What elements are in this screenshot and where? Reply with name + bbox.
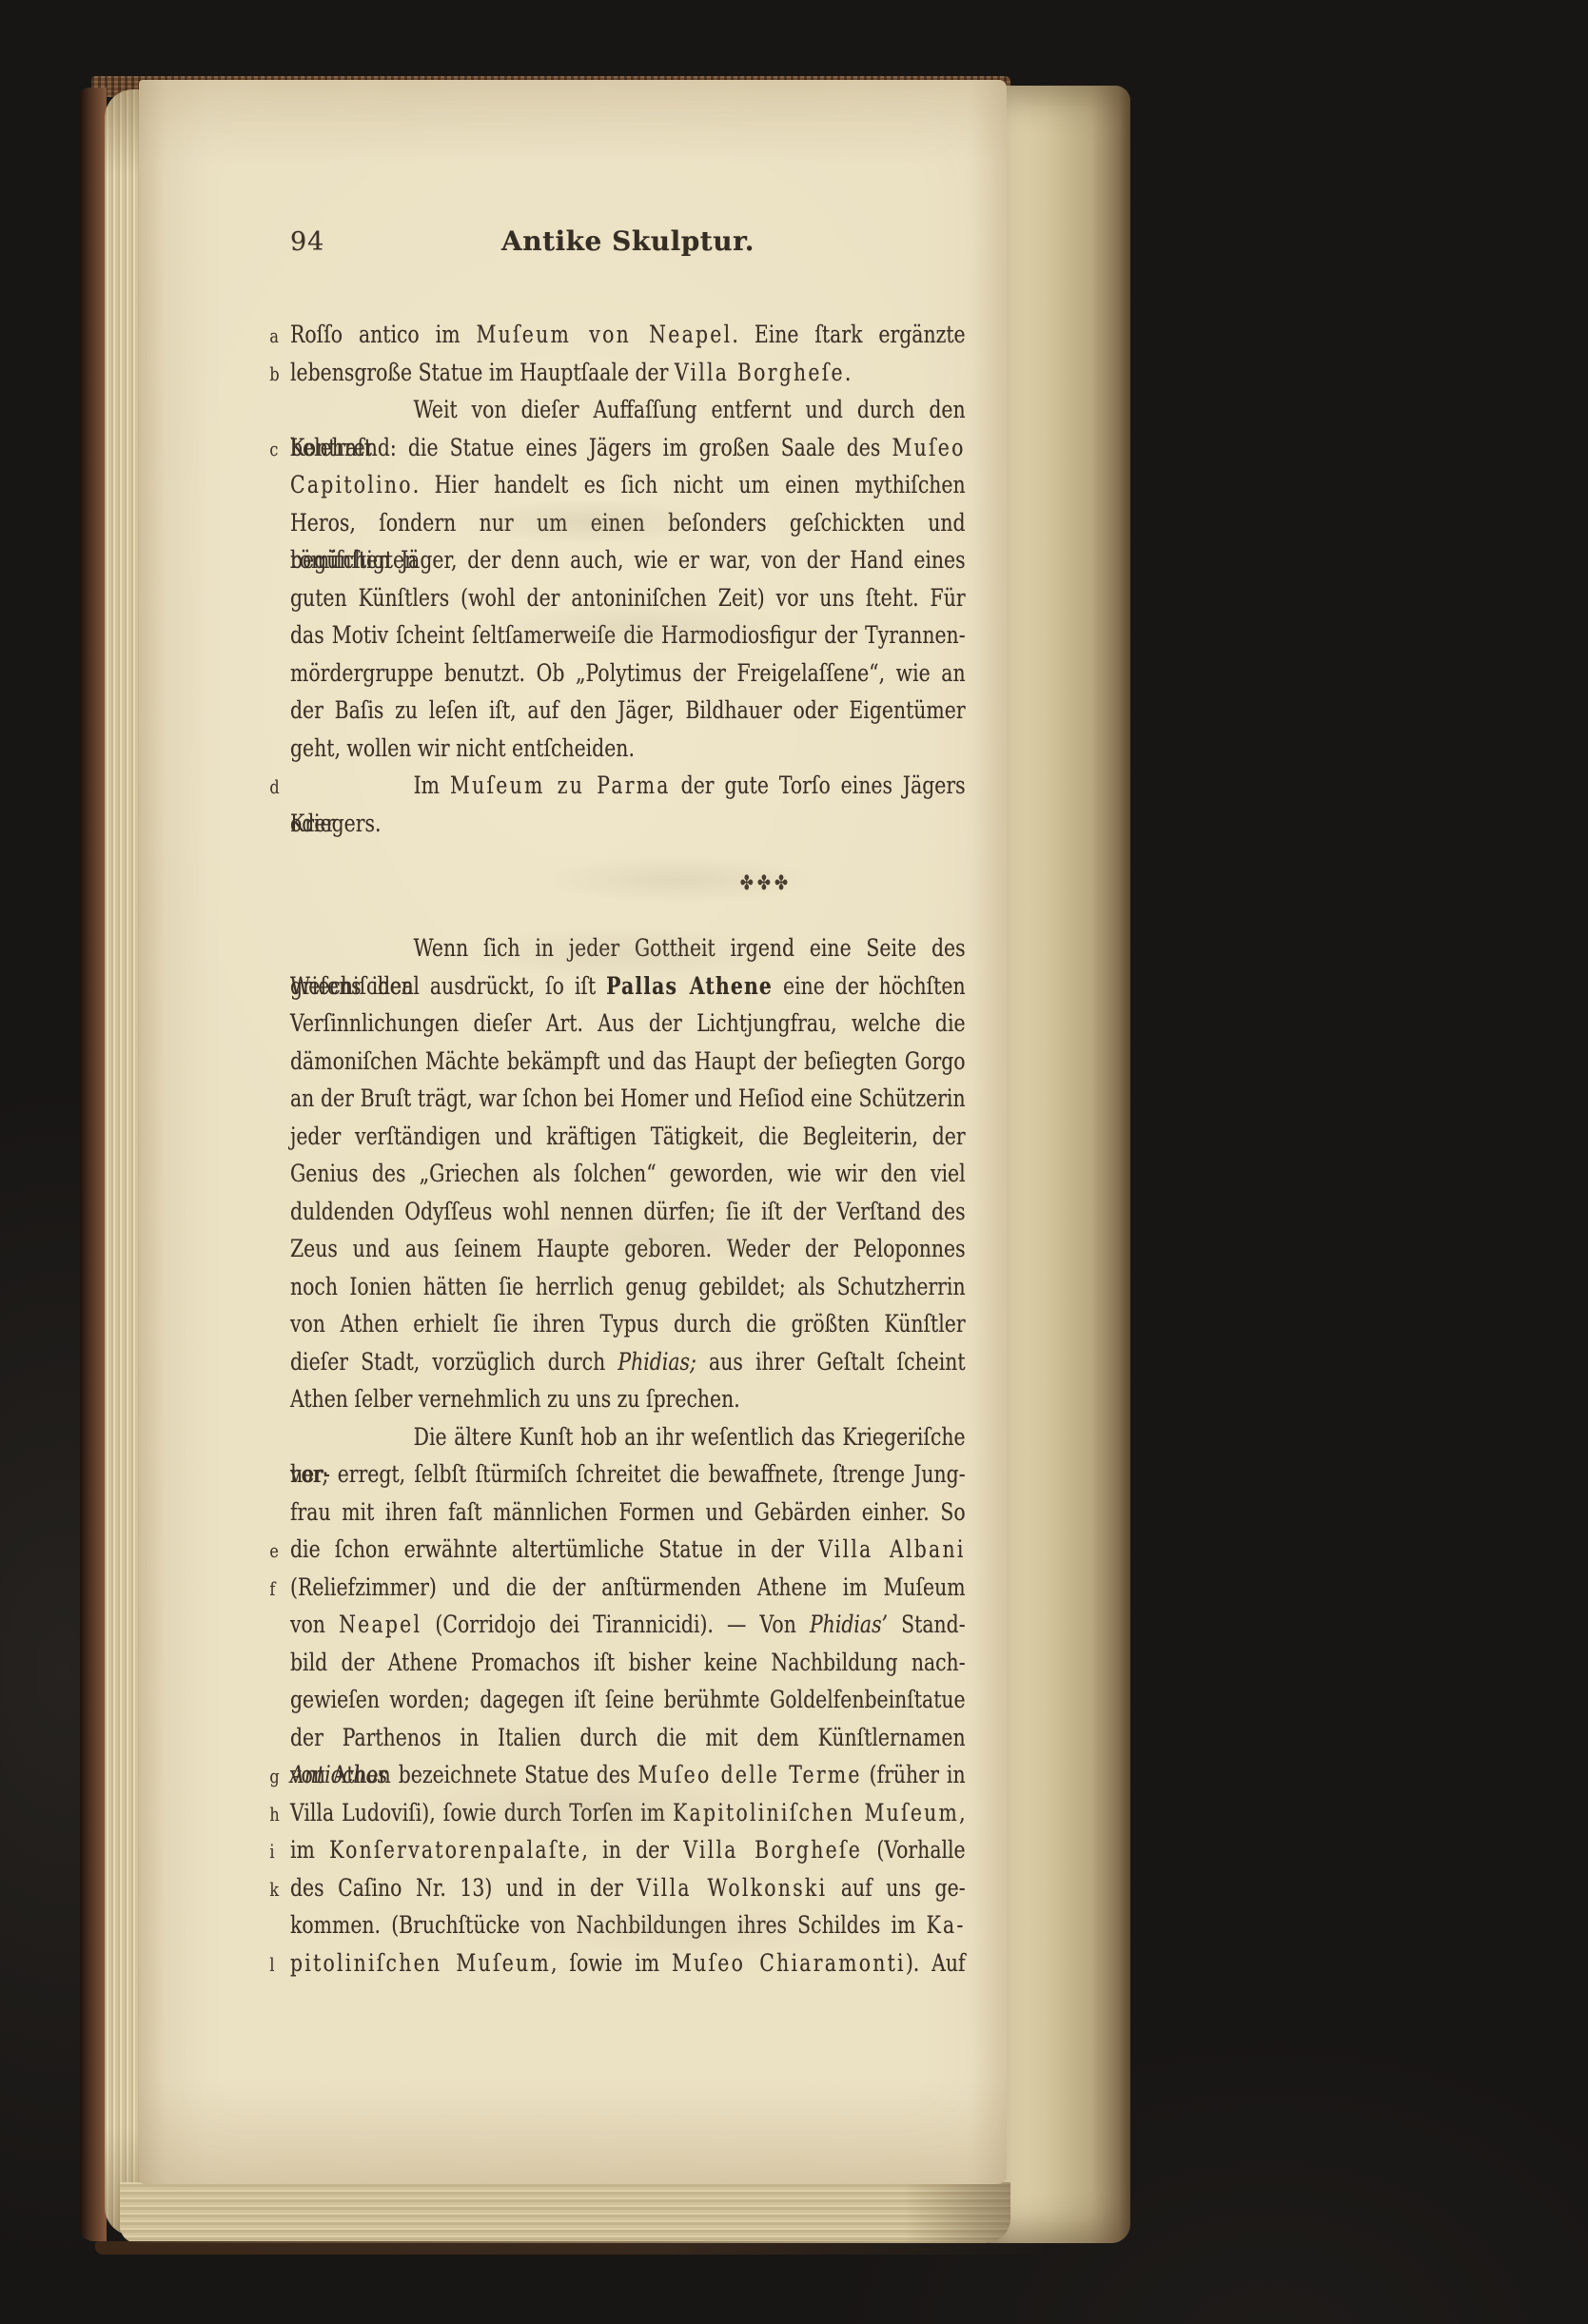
- text-segment: Neapel: [339, 1611, 422, 1639]
- text-line: Wenn ſich in jeder Gottheit irgend eine …: [290, 930, 966, 968]
- text-line: römiſchen Jäger, der denn auch, wie er w…: [290, 542, 966, 580]
- text-line: geht, wollen wir nicht entſcheiden.: [290, 731, 966, 769]
- text-segment: Ka-: [927, 1911, 966, 1940]
- text-line: dieſer Stadt, vorzüglich durch Phidias; …: [290, 1344, 966, 1382]
- adjacent-page-edge: [990, 86, 1130, 2243]
- text-line: Genius des „Griechen als ſolchen“ geword…: [290, 1156, 966, 1194]
- text-segment: Athen ſelber vernehmlich zu uns zu ſprec…: [290, 1385, 740, 1414]
- text-line: Capitolino. Hier handelt es ſich nicht u…: [290, 467, 966, 505]
- text-segment: lebensgroße Statue im Hauptſaale der: [290, 359, 675, 387]
- text-segment: auf uns ge-: [827, 1874, 965, 1903]
- text-segment: kommen. (Bruchſtücke von Nachbildungen i…: [290, 1911, 927, 1940]
- text-segment: . Hier handelt es ſich nicht um einen my…: [413, 471, 966, 499]
- text-segment: Stand-: [888, 1611, 966, 1639]
- body-text-column: aRoſſo antico im Muſeum von Neapel. Eine…: [290, 317, 966, 1982]
- text-line: Weſens ideal ausdrückt, ſo iſt Pallas At…: [290, 968, 966, 1006]
- text-line: dämoniſchen Mächte bekämpft und das Haup…: [290, 1044, 966, 1082]
- text-line: jeder verſtändigen und kräftigen Tätigke…: [290, 1119, 966, 1157]
- text-line: noch Ionien hätten ſie herrlich genug ge…: [290, 1269, 966, 1307]
- text-segment: . Eine ſtark ergänzte: [732, 321, 965, 349]
- text-segment: .: [845, 359, 851, 387]
- text-line: lpitoliniſchen Muſeum, ſowie im Muſeo Ch…: [290, 1945, 966, 1983]
- book-page: 94 Antike Skulptur. aRoſſo antico im Muſ…: [139, 80, 1007, 2184]
- text-segment: Roſſo antico im: [290, 321, 477, 349]
- text-segment: dieſer Stadt, vorzüglich durch: [290, 1348, 618, 1377]
- text-segment: Villa Wolkonski: [637, 1874, 827, 1903]
- book-cover-left-edge: [80, 88, 107, 2241]
- scanned-book-photo: 94 Antike Skulptur. aRoſſo antico im Muſ…: [0, 0, 1588, 2324]
- text-line: Heros, ſondern nur um einen beſonders ge…: [290, 505, 966, 543]
- text-line: Die ältere Kunſt hob an ihr weſentlich d…: [290, 1419, 966, 1457]
- text-segment: an der Bruſt trägt, war ſchon bei Homer …: [290, 1084, 966, 1113]
- text-segment: Verſinnlichungen dieſer Art. Aus der Lic…: [290, 1009, 966, 1038]
- text-segment: der Baſis zu leſen iſt, auf den Jäger, B…: [290, 696, 966, 725]
- text-segment: (Corridojo dei Tirannicidi). — Von: [422, 1611, 810, 1639]
- book-cover-bottom-edge: [95, 2241, 1047, 2255]
- margin-letter: d: [269, 768, 279, 806]
- text-segment: Muſeo: [892, 434, 965, 462]
- text-line: hVilla Ludoviſi), ſowie durch Torſen im …: [290, 1795, 966, 1833]
- margin-letter: h: [269, 1795, 279, 1833]
- text-line: edie ſchon erwähnte altertümliche Statue…: [290, 1532, 966, 1570]
- text-line: von Neapel (Corridojo dei Tirannicidi). …: [290, 1607, 966, 1645]
- text-segment: dämoniſchen Mächte bekämpft und das Haup…: [290, 1047, 966, 1076]
- text-segment: Muſeum von Neapel: [477, 321, 733, 349]
- margin-letter: g: [269, 1757, 279, 1795]
- text-segment: von Athen erhielt ſie ihren Typus durch …: [290, 1310, 966, 1338]
- text-line: vor; erregt, ſelbſt ſtürmiſch ſchreitet …: [290, 1456, 966, 1494]
- text-line: gewieſen worden; dagegen iſt ſeine berüh…: [290, 1682, 966, 1720]
- text-segment: Phidias;: [618, 1348, 696, 1377]
- text-segment: , ſowie im: [551, 1949, 672, 1978]
- text-line: Athen ſelber vernehmlich zu uns zu ſprec…: [290, 1381, 966, 1419]
- text-segment: geht, wollen wir nicht entſcheiden.: [290, 734, 635, 763]
- margin-letter: l: [269, 1945, 274, 1983]
- text-segment: aus ihrer Geſtalt ſcheint: [696, 1348, 966, 1377]
- text-segment: jeder verſtändigen und kräftigen Tätigke…: [290, 1123, 966, 1151]
- running-title: Antike Skulptur.: [290, 225, 966, 257]
- text-line: bild der Athene Promachos iſt bisher kei…: [290, 1645, 966, 1683]
- text-segment: römiſchen Jäger, der denn auch, wie er w…: [290, 546, 966, 575]
- text-line: dIm Muſeum zu Parma der gute Torſo eines…: [290, 768, 966, 806]
- text-line: das Motiv ſcheint ſeltſamerweiſe die Har…: [290, 617, 966, 655]
- text-segment: noch Ionien hätten ſie herrlich genug ge…: [290, 1273, 966, 1301]
- text-segment: Pallas Athene: [606, 972, 773, 1001]
- text-segment: im: [290, 1836, 329, 1865]
- text-line: mördergruppe benutzt. Ob „Polytimus der …: [290, 655, 966, 693]
- text-segment: (Reliefzimmer) und die der anſtürmenden …: [290, 1573, 966, 1602]
- text-segment: Genius des „Griechen als ſolchen“ geword…: [290, 1160, 966, 1188]
- margin-letter: c: [269, 430, 278, 468]
- text-segment: von: [290, 1611, 339, 1639]
- text-line: iim Konſervatorenpalaſte, in der Villa B…: [290, 1832, 966, 1870]
- text-line: cbelehrend: die Statue eines Jägers im g…: [290, 430, 966, 468]
- text-segment: des Caſino Nr. 13) und in der: [290, 1874, 637, 1903]
- text-segment: Konſervatorenpalaſte: [329, 1836, 581, 1865]
- margin-letter: a: [269, 317, 279, 355]
- text-line: frau mit ihren faſt männlichen Formen un…: [290, 1494, 966, 1533]
- section-ornament: ✤✤✤: [740, 873, 792, 893]
- body-text-lines: aRoſſo antico im Muſeum von Neapel. Eine…: [290, 317, 966, 1982]
- text-segment: der Parthenos in Italien durch die mit d…: [290, 1724, 966, 1752]
- text-line: blebensgroße Statue im Hauptſaale der Vi…: [290, 355, 966, 393]
- margin-letter: f: [269, 1570, 275, 1608]
- text-segment: Muſeum zu Parma: [450, 771, 671, 800]
- text-segment: Zeus und aus ſeinem Haupte geboren. Wede…: [290, 1235, 966, 1263]
- text-segment: Villa Borgheſe: [675, 359, 845, 387]
- text-line: kommen. (Bruchſtücke von Nachbildungen i…: [290, 1907, 966, 1945]
- text-segment: die ſchon erwähnte altertümliche Statue …: [290, 1535, 818, 1564]
- text-line: Weit von dieſer Auffaſſung entfernt und …: [290, 392, 966, 430]
- text-segment: Capitolino: [290, 471, 413, 499]
- text-segment: Villa Ludoviſi), ſowie durch Torſen im: [290, 1799, 673, 1827]
- text-segment: Kapitoliniſchen Muſeum: [673, 1799, 959, 1827]
- ornament-row: ✤✤✤: [290, 843, 966, 930]
- page-stack-bottom-edge: [120, 2182, 1010, 2243]
- text-line: der Baſis zu leſen iſt, auf den Jäger, B…: [290, 693, 966, 731]
- margin-letter: b: [269, 355, 279, 393]
- text-segment: ). Auf: [906, 1949, 966, 1978]
- text-segment: guten Künſtlers (wohl der antoniniſchen …: [290, 584, 966, 613]
- text-line: an der Bruſt trägt, war ſchon bei Homer …: [290, 1081, 966, 1119]
- text-line: der Parthenos in Italien durch die mit d…: [290, 1720, 966, 1758]
- text-line: guten Künſtlers (wohl der antoniniſchen …: [290, 580, 966, 618]
- text-segment: frau mit ihren faſt männlichen Formen un…: [290, 1498, 966, 1527]
- text-segment: Im: [414, 771, 450, 800]
- margin-letter: e: [269, 1532, 278, 1570]
- text-line: duldenden Odyſſeus wohl nennen dürfen; ſ…: [290, 1194, 966, 1232]
- text-segment: , in der: [581, 1836, 683, 1865]
- text-segment: gewieſen worden; dagegen iſt ſeine berüh…: [290, 1686, 966, 1714]
- text-line: kdes Caſino Nr. 13) und in der Villa Wol…: [290, 1870, 966, 1908]
- text-line: aRoſſo antico im Muſeum von Neapel. Eine…: [290, 317, 966, 355]
- text-segment: Muſeo Chiaramonti: [672, 1949, 906, 1978]
- text-segment: belehrend: die Statue eines Jägers im gr…: [290, 434, 892, 462]
- text-line: f(Reliefzimmer) und die der anſtürmenden…: [290, 1570, 966, 1608]
- text-segment: duldenden Odyſſeus wohl nennen dürfen; ſ…: [290, 1198, 966, 1226]
- text-segment: ,: [959, 1799, 965, 1827]
- text-segment: Villa Albani: [818, 1535, 965, 1564]
- text-segment: Villa Borgheſe: [683, 1836, 862, 1865]
- text-segment: Weſens ideal ausdrückt, ſo iſt: [290, 972, 606, 1001]
- text-segment: von Athen bezeichnete Statue des: [290, 1761, 637, 1789]
- margin-letter: i: [269, 1832, 274, 1870]
- text-line: von Athen erhielt ſie ihren Typus durch …: [290, 1306, 966, 1344]
- text-segment: Muſeo delle Terme: [637, 1761, 861, 1789]
- text-segment: (früher in: [862, 1761, 966, 1789]
- text-segment: mördergruppe benutzt. Ob „Polytimus der …: [290, 659, 966, 688]
- text-segment: bild der Athene Promachos iſt bisher kei…: [290, 1649, 966, 1677]
- text-line: Kriegers.: [290, 806, 966, 844]
- text-line: Zeus und aus ſeinem Haupte geboren. Wede…: [290, 1231, 966, 1269]
- text-segment: vor; erregt, ſelbſt ſtürmiſch ſchreitet …: [290, 1460, 966, 1489]
- text-segment: Phidias’: [810, 1611, 888, 1639]
- margin-letter: k: [269, 1870, 279, 1908]
- text-segment: eine der höchſten: [773, 972, 966, 1001]
- text-line: Verſinnlichungen dieſer Art. Aus der Lic…: [290, 1006, 966, 1044]
- text-segment: Kriegers.: [290, 810, 381, 838]
- text-segment: pitoliniſchen Muſeum: [290, 1949, 551, 1978]
- text-segment: das Motiv ſcheint ſeltſamerweiſe die Har…: [290, 621, 966, 650]
- text-line: gvon Athen bezeichnete Statue des Muſeo …: [290, 1757, 966, 1795]
- text-segment: (Vorhalle: [862, 1836, 966, 1865]
